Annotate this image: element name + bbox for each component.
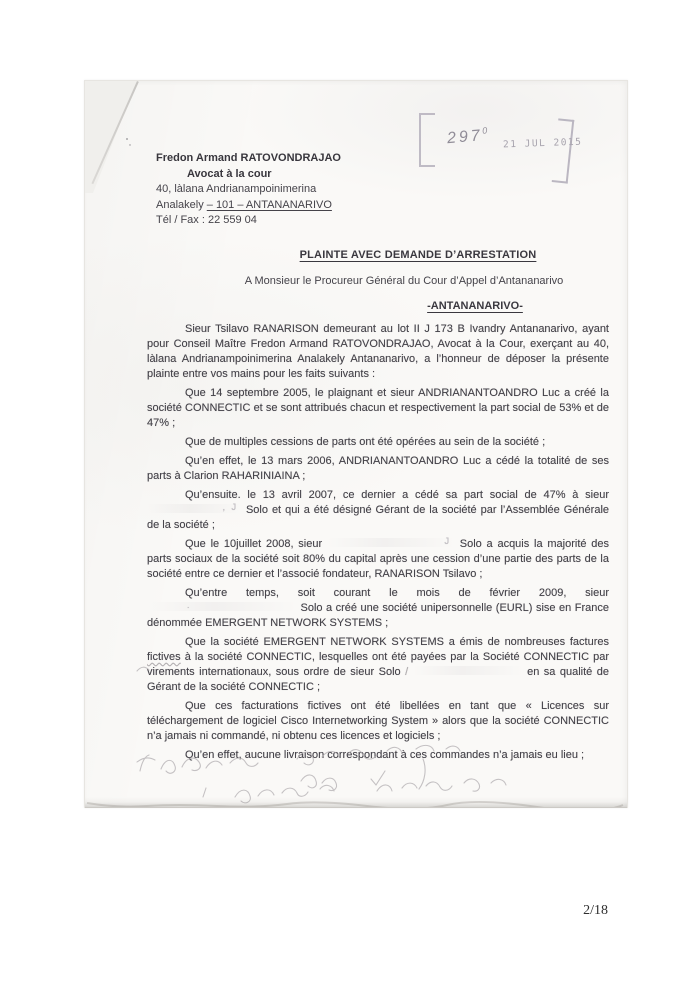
letterhead-name: Fredon Armand RATOVONDRAJAO <box>156 151 341 167</box>
letterhead: Fredon Armand RATOVONDRAJAO Avocat à la … <box>156 151 341 229</box>
erased-text-gap: . <box>147 602 297 611</box>
page-number: 2/18 <box>583 903 608 919</box>
stamp-bracket-right-icon <box>552 118 575 183</box>
erased-text-gap: , J <box>147 504 242 513</box>
registry-stamp: 2970 21 JUL 2015 <box>415 111 590 183</box>
paragraph: Qu’entre temps, soit courant le mois de … <box>147 586 609 631</box>
body-text: Sieur Tsilavo RANARISON demeurant au lot… <box>147 322 609 763</box>
paragraph: Que de multiples cessions de parts ont é… <box>147 435 609 450</box>
letterhead-role: Avocat à la cour <box>156 167 341 183</box>
paragraph: Qu’ensuite. le 13 avril 2007, ce dernier… <box>147 488 609 533</box>
document-content: PLAINTE AVEC DEMANDE D’ARRESTATION A Mon… <box>147 248 609 767</box>
stamp-bracket-left-icon <box>419 113 435 167</box>
document-title: PLAINTE AVEC DEMANDE D’ARRESTATION <box>147 248 609 263</box>
city-line: -ANTANANARIVO- <box>147 299 609 314</box>
scanned-page: 2970 21 JUL 2015 Fredon Armand RATOVONDR… <box>84 80 628 808</box>
erased-text-gap <box>413 666 523 675</box>
addressee-line: A Monsieur le Procureur Général du Cour … <box>147 274 609 289</box>
paragraph: Que la société EMERGENT NETWORK SYSTEMS … <box>147 635 609 695</box>
paragraph: Qu’en effet, le 13 mars 2006, ANDRIANANT… <box>147 454 609 484</box>
paragraph: Que 14 septembre 2005, le plaignant et s… <box>147 386 609 431</box>
pencil-slash-mark: / <box>405 666 408 678</box>
paragraph: Que le 10juillet 2008, sieur J Solo a ac… <box>147 537 609 582</box>
letterhead-address1: 40, làlana Andrianampoinimerina <box>156 182 341 198</box>
pencil-underlined-word: fictives <box>147 651 181 663</box>
paragraph-intro: Sieur Tsilavo RANARISON demeurant au lot… <box>147 322 609 382</box>
letterhead-telfax: Tél / Fax : 22 559 04 <box>156 213 341 229</box>
letterhead-address2: Analakely – 101 – ANTANANARIVO <box>156 198 341 214</box>
paragraph: Qu’en effet, aucune livraison correspond… <box>147 748 609 763</box>
erased-text-gap: J <box>327 538 455 547</box>
stamp-handwritten-number: 2970 <box>446 125 491 148</box>
paragraph: Que ces facturations fictives ont été li… <box>147 699 609 744</box>
